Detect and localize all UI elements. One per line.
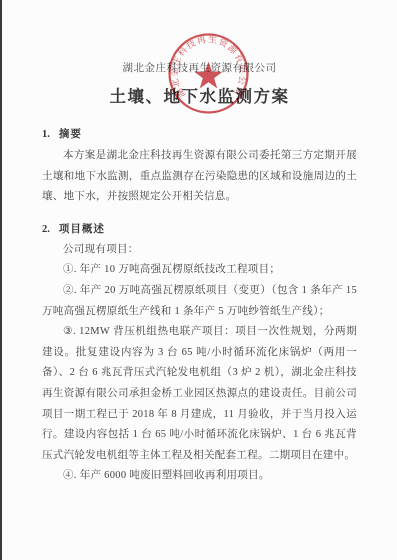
list-item-1: ①. 年产 10 万吨高强瓦楞原纸技改工程项目； (42, 260, 357, 281)
document-page: 湖北金庄科技再生资源有限公司 土壤、地下水监测方案 1.摘要 本方案是湖北金庄科… (0, 0, 397, 560)
section-number: 2. (42, 224, 50, 235)
section-heading: 1.摘要 (42, 126, 357, 141)
document-content: 湖北金庄科技再生资源有限公司 土壤、地下水监测方案 1.摘要 本方案是湖北金庄科… (42, 60, 357, 487)
section-abstract: 1.摘要 本方案是湖北金庄科技再生资源有限公司委托第三方定期开展土壤和地下水监测… (42, 126, 357, 208)
section-body: 公司现有项目： ①. 年产 10 万吨高强瓦楞原纸技改工程项目； ②. 年产 2… (42, 240, 357, 487)
paragraph: 公司现有项目： (42, 240, 357, 261)
document-title: 土壤、地下水监测方案 (42, 83, 357, 107)
paragraph: 本方案是湖北金庄科技再生资源有限公司委托第三方定期开展土壤和地下水监测，重点监测… (42, 146, 357, 208)
section-body: 本方案是湖北金庄科技再生资源有限公司委托第三方定期开展土壤和地下水监测，重点监测… (42, 146, 357, 208)
section-title: 摘要 (59, 126, 82, 141)
section-number: 1. (42, 129, 50, 140)
section-heading: 2.项目概述 (42, 221, 357, 236)
list-item-4: ④. 年产 6000 吨废旧塑料回收再利用项目。 (42, 466, 357, 487)
list-item-2: ②. 年产 20 万吨高强瓦楞原纸项目（变更）（包含 1 条年产 15 万吨高强… (42, 281, 357, 322)
list-item-3: ③. 12MW 背压机组热电联产项目：项目一次性规划，分两期建设。批复建设内容为… (42, 322, 357, 466)
section-title: 项目概述 (59, 221, 105, 236)
scan-edge-artifact (0, 0, 2, 560)
section-project-overview: 2.项目概述 公司现有项目： ①. 年产 10 万吨高强瓦楞原纸技改工程项目； … (42, 221, 357, 487)
company-name: 湖北金庄科技再生资源有限公司 (42, 60, 357, 75)
